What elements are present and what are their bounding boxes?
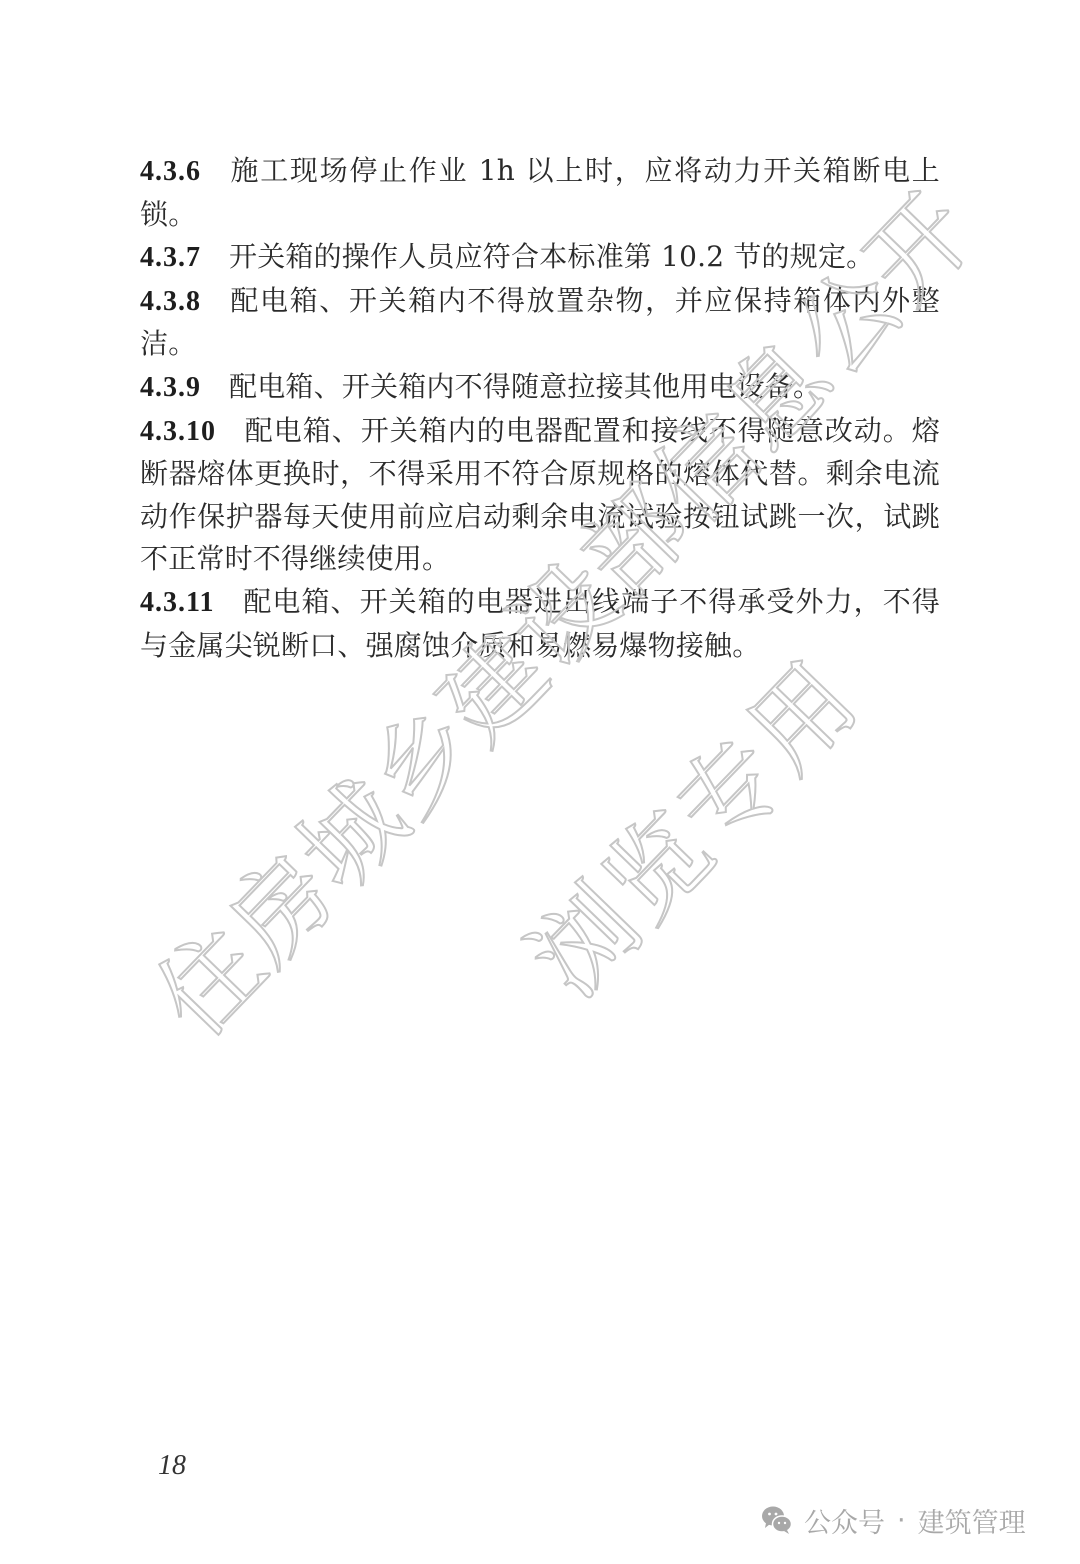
footer-account-name: 建筑管理 (918, 1501, 1026, 1540)
clause-text: 配电箱、开关箱内不得放置杂物，并应保持箱体内外整洁。 (140, 284, 940, 361)
document-body: 4.3.6施工现场停止作业 1h 以上时，应将动力开关箱断电上锁。 4.3.7开… (140, 150, 940, 667)
clause-number: 4.3.8 (140, 286, 201, 317)
wechat-icon (760, 1503, 794, 1537)
wechat-source-footer: 公众号 · 建筑管理 (760, 1500, 1026, 1540)
clause-number: 4.3.6 (140, 156, 201, 187)
clause-number: 4.3.10 (140, 416, 216, 447)
clause-text: 配电箱、开关箱内的电器配置和接线不得随意改动。熔断器熔体更换时，不得采用不符合原… (140, 414, 940, 576)
clause-text: 施工现场停止作业 1h 以上时，应将动力开关箱断电上锁。 (140, 154, 940, 231)
footer-separator: · (897, 1505, 906, 1536)
clause-text: 开关箱的操作人员应符合本标准第 10.2 节的规定。 (229, 240, 874, 273)
clause-4-3-7: 4.3.7开关箱的操作人员应符合本标准第 10.2 节的规定。 (140, 236, 940, 280)
clause-number: 4.3.9 (140, 372, 201, 403)
clause-4-3-8: 4.3.8配电箱、开关箱内不得放置杂物，并应保持箱体内外整洁。 (140, 280, 940, 366)
watermark-view-only: 浏览专用 (493, 623, 886, 1022)
clause-4-3-11: 4.3.11配电箱、开关箱的电器进出线端子不得承受外力，不得与金属尖锐断口、强腐… (140, 581, 940, 667)
clause-text: 配电箱、开关箱的电器进出线端子不得承受外力，不得与金属尖锐断口、强腐蚀介质和易燃… (140, 585, 940, 662)
clause-number: 4.3.11 (140, 587, 214, 618)
clause-4-3-9: 4.3.9配电箱、开关箱内不得随意拉接其他用电设备。 (140, 366, 940, 410)
clause-number: 4.3.7 (140, 242, 201, 273)
clause-text: 配电箱、开关箱内不得随意拉接其他用电设备。 (229, 370, 821, 403)
clause-4-3-6: 4.3.6施工现场停止作业 1h 以上时，应将动力开关箱断电上锁。 (140, 150, 940, 236)
document-page: 4.3.6施工现场停止作业 1h 以上时，应将动力开关箱断电上锁。 4.3.7开… (0, 0, 1080, 1564)
footer-source-label: 公众号 (804, 1501, 885, 1540)
page-number: 18 (158, 1450, 186, 1482)
clause-4-3-10: 4.3.10配电箱、开关箱内的电器配置和接线不得随意改动。熔断器熔体更换时，不得… (140, 410, 940, 581)
